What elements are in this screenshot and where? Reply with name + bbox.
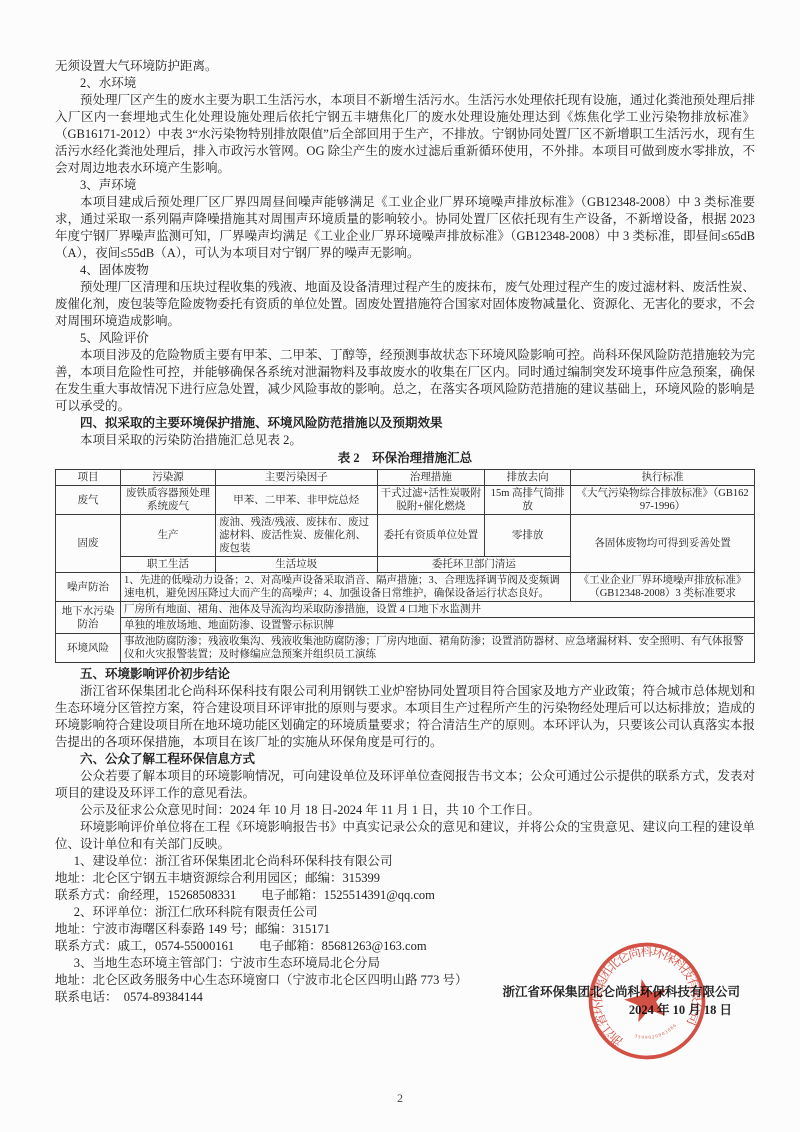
paragraph-solid-waste: 预处理厂区清理和压块过程收集的残液、地面及设备清理过程产生的废抹布，废气处理过程… bbox=[55, 279, 755, 330]
heading-solid-waste: 4、固体废物 bbox=[55, 262, 755, 279]
cell-solid-factors-production: 废油、残渣/残液、废抹布、废过滤材料、废活性炭、废催化剂、废包装 bbox=[216, 515, 377, 557]
contact-builder-address: 地址：北仑区宁钢五丰塘资源综合利用园区；邮编：315399 bbox=[55, 870, 755, 887]
cell-solid-factors-staff: 生活垃圾 bbox=[216, 557, 377, 573]
table-row-waste-gas: 废气 废铁质容器预处理系统废气 甲苯、二甲苯、非甲烷总烃 干式过滤+活性炭吸附脱… bbox=[56, 486, 755, 515]
document-content: 无须设置大气环境防护距离。 2、水环境 预处理厂区产生的废水主要为职工生活污水，… bbox=[55, 58, 755, 1006]
heading-water: 2、水环境 bbox=[55, 75, 755, 92]
table-row-noise: 噪声防治 1、先进的低噪动力设备；2、对高噪声设备采取消音、隔声措施；3、合理选… bbox=[56, 573, 755, 602]
th-standard: 执行标准 bbox=[571, 470, 755, 486]
cell-groundwater-measures-1: 厂房所有地面、裙角、池体及导流沟均采取防渗措施，设置 4 口地下水监测井 bbox=[121, 602, 755, 618]
signature-company: 浙江省环保集团北仑尚科环保科技有限公司 bbox=[502, 984, 740, 1002]
heading-section-six: 六、公众了解工程环保信息方式 bbox=[55, 751, 755, 768]
seal-serial-number: 3309020903086 bbox=[632, 1022, 680, 1045]
contact-eia-address: 地址：宁波市海曙区科泰路 149 号；邮编：315171 bbox=[55, 921, 755, 938]
paragraph-section-six-3: 环境影响评价单位将在工程《环境影响报告书》中真实记录公众的意见和建议，并将公众的… bbox=[55, 819, 755, 853]
paragraph-water: 预处理厂区产生的废水主要为职工生活污水，本项目不新增生活污水。生活污水处理依托现… bbox=[55, 92, 755, 177]
table-row-env-risk: 环境风险 事故池防腐防渗；残液收集沟、残液收集池防腐防渗；厂房内地面、裙角防渗；… bbox=[56, 634, 755, 663]
paragraph-section-five: 浙江省环保集团北仑尚科环保科技有限公司利用钢铁工业炉窑协同处置项目符合国家及地方… bbox=[55, 683, 755, 751]
cell-envrisk-measures: 事故池防腐防渗；残液收集沟、残液收集池防腐防渗；厂房内地面、裙角防渗；设置消防器… bbox=[121, 634, 755, 663]
cell-noise-measures: 1、先进的低噪动力设备；2、对高噪声设备采取消音、隔声措施；3、合理选择调节阀及… bbox=[121, 573, 571, 602]
contact-eia-title: 2、环评单位：浙江仁欣环科院有限责任公司 bbox=[55, 904, 755, 921]
contact-builder-title: 1、建设单位：浙江省环保集团北仑尚科环保科技有限公司 bbox=[55, 853, 755, 870]
paragraph-section-six-1: 公众若要了解本项目的环境影响情况，可向建设单位及环评单位查阅报告书文本；公众可通… bbox=[55, 768, 755, 802]
paragraph-risk: 本项目涉及的危险物质主要有甲苯、二甲苯、丁醇等，经预测事故状态下环境风险影响可控… bbox=[55, 347, 755, 415]
contact-builder-phone: 联系方式：俞经理，15268508331 电子邮箱：1525514391@qq.… bbox=[55, 887, 755, 904]
table-row-groundwater-2: 单独的堆放场地、地面防渗、设置警示标识牌 bbox=[56, 618, 755, 634]
cell-wastegas-factors: 甲苯、二甲苯、非甲烷总烃 bbox=[216, 486, 377, 515]
table-caption: 表 2 环保治理措施汇总 bbox=[55, 450, 755, 467]
table-row-solid-production: 固废 生产 废油、残渣/残液、废抹布、废过滤材料、废活性炭、废催化剂、废包装 委… bbox=[56, 515, 755, 557]
cell-wastegas-destination: 15m 高排气筒排放 bbox=[485, 486, 571, 515]
heading-risk: 5、风险评价 bbox=[55, 330, 755, 347]
contact-authority-title: 3、当地生态环境主管部门：宁波市生态环境局北仑分局 bbox=[55, 955, 755, 972]
paragraph-intro: 无须设置大气环境防护距离。 bbox=[55, 58, 755, 75]
cell-envrisk-item: 环境风险 bbox=[56, 634, 121, 663]
cell-wastegas-standard: 《大气污染物综合排放标准》（GB16297-1996） bbox=[571, 486, 755, 515]
cell-noise-item: 噪声防治 bbox=[56, 573, 121, 602]
cell-wastegas-item: 废气 bbox=[56, 486, 121, 515]
heading-section-five: 五、环境影响评价初步结论 bbox=[55, 666, 755, 683]
cell-groundwater-measures-2: 单独的堆放场地、地面防渗、设置警示标识牌 bbox=[121, 618, 755, 634]
cell-wastegas-treatment: 干式过滤+活性炭吸附脱附+催化燃烧 bbox=[377, 486, 485, 515]
table-header-row: 项目 污染源 主要污染因子 治理措施 排放去向 执行标准 bbox=[56, 470, 755, 486]
th-item: 项目 bbox=[56, 470, 121, 486]
table-row-groundwater-1: 地下水污染防治 厂房所有地面、裙角、池体及导流沟均采取防渗措施，设置 4 口地下… bbox=[56, 602, 755, 618]
paragraph-sound: 本项目建成后预处理厂区厂界四周昼间噪声能够满足《工业企业厂界环境噪声排放标准》（… bbox=[55, 194, 755, 262]
cell-noise-standard: 《工业企业厂界环境噪声排放标准》（GB12348-2008）3 类标准要求 bbox=[571, 573, 755, 602]
th-destination: 排放去向 bbox=[485, 470, 571, 486]
heading-section-four: 四、拟采取的主要环境保护措施、环境风险防范措施以及预期效果 bbox=[55, 415, 755, 432]
cell-solid-source-production: 生产 bbox=[121, 515, 216, 557]
paragraph-section-four: 本项目采取的污染防治措施汇总见表 2。 bbox=[55, 432, 755, 449]
th-treatment: 治理措施 bbox=[377, 470, 485, 486]
cell-solid-standard: 各固体废物均可得到妥善处置 bbox=[571, 515, 755, 573]
heading-sound: 3、声环境 bbox=[55, 177, 755, 194]
cell-solid-treatment-production: 委托有资质单位处置 bbox=[377, 515, 485, 557]
signature-date: 2024 年 10 月 18 日 bbox=[502, 1002, 732, 1020]
cell-groundwater-item: 地下水污染防治 bbox=[56, 602, 121, 634]
cell-solid-source-staff: 职工生活 bbox=[121, 557, 216, 573]
th-source: 污染源 bbox=[121, 470, 216, 486]
signature-block: 浙江省环保集团北仑尚科环保科技有限公司 2024 年 10 月 18 日 bbox=[502, 984, 740, 1019]
page-number: 2 bbox=[0, 1091, 800, 1106]
cell-wastegas-source: 废铁质容器预处理系统废气 bbox=[121, 486, 216, 515]
pollution-measures-table: 项目 污染源 主要污染因子 治理措施 排放去向 执行标准 废气 废铁质容器预处理… bbox=[55, 469, 755, 663]
svg-text:3309020903086: 3309020903086 bbox=[632, 1022, 680, 1045]
cell-solid-item: 固废 bbox=[56, 515, 121, 573]
cell-solid-destination-production: 零排放 bbox=[485, 515, 571, 557]
contact-eia-phone: 联系方式：戚工，0574-55000161 电子邮箱：85681263@163.… bbox=[55, 938, 755, 955]
cell-solid-treatment-staff: 委托环卫部门清运 bbox=[377, 557, 571, 573]
th-factors: 主要污染因子 bbox=[216, 470, 377, 486]
document-page: 无须设置大气环境防护距离。 2、水环境 预处理厂区产生的废水主要为职工生活污水，… bbox=[0, 0, 800, 1132]
paragraph-section-six-2: 公示及征求公众意见时间：2024 年 10 月 18 日-2024 年 11 月… bbox=[55, 802, 755, 819]
